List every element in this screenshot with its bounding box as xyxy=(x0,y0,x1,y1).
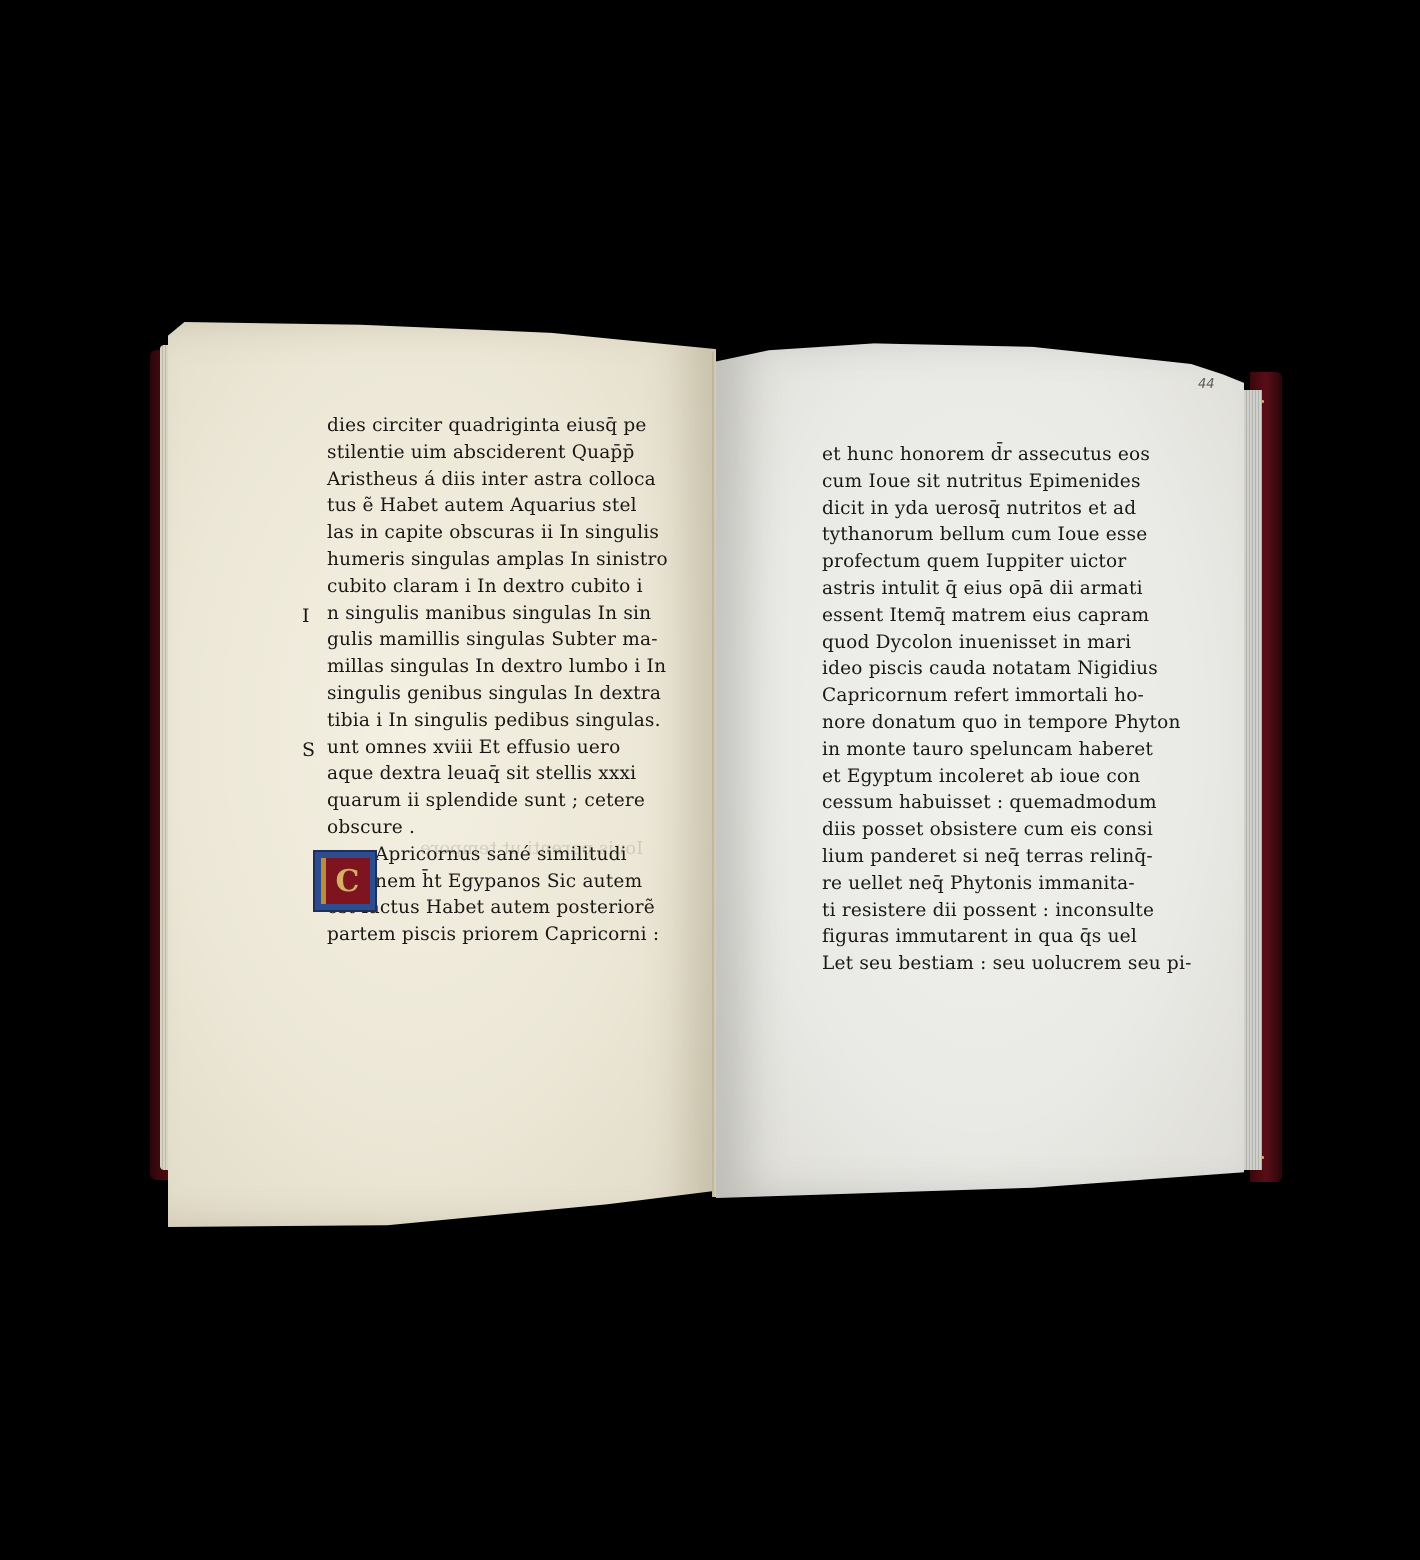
text-line: re uellet neq̄ Phytonis immanita- xyxy=(822,871,1192,898)
text-line: quarum ii splendide sunt ; cetere xyxy=(327,788,668,815)
margin-initial: S xyxy=(302,739,315,761)
text-line: n singulis manibus singulas In sin xyxy=(327,601,668,628)
text-line: stilentie uim absciderent Quap̄p̄ xyxy=(327,440,668,467)
folio-number: 44 xyxy=(1198,377,1215,392)
text-line: essent Itemq̄ matrem eius capram xyxy=(822,603,1192,630)
text-line: gulis mamillis singulas Subter ma- xyxy=(327,627,668,654)
text-line: unt omnes xviii Et effusio uero xyxy=(327,735,668,762)
text-line: ti resistere dii possent : inconsulte xyxy=(822,898,1192,925)
text-line: lium panderet si neq̄ terras relinq̄- xyxy=(822,844,1192,871)
margin-initial: I xyxy=(302,605,310,627)
illuminated-initial-letter: C xyxy=(321,858,370,904)
text-line: Let seu bestiam : seu uolucrem seu pi- xyxy=(822,951,1192,978)
text-line: et hunc honorem d̄r assecutus eos xyxy=(822,442,1192,469)
text-line: humeris singulas amplas In sinistro xyxy=(327,547,668,574)
book-gutter xyxy=(712,352,716,1197)
text-line: diis posset obsistere cum eis consi xyxy=(822,817,1192,844)
text-line: nore donatum quo in tempore Phyton xyxy=(822,710,1192,737)
text-line: cum Ioue sit nutritus Epimenides xyxy=(822,469,1192,496)
text-line: singulis genibus singulas In dextra xyxy=(327,681,668,708)
text-line: tythanorum bellum cum Ioue esse xyxy=(822,522,1192,549)
text-line: nem h̄t Egypanos Sic autem xyxy=(327,869,668,896)
text-line: dicit in yda uerosq̄ nutritos et ad xyxy=(822,496,1192,523)
text-line: las in capite obscuras ii In singulis xyxy=(327,520,668,547)
text-line: figuras immutarent in qua q̄s uel xyxy=(822,924,1192,951)
text-line: obscure . xyxy=(327,815,668,842)
text-line: Aristheus á diis inter astra colloca xyxy=(327,467,668,494)
text-line: in monte tauro speluncam haberet xyxy=(822,737,1192,764)
illuminated-initial: C xyxy=(313,850,377,912)
text-line: aque dextra leuaq̄ sit stellis xxxi xyxy=(327,761,668,788)
text-line: cubito claram i In dextro cubito i xyxy=(327,574,668,601)
text-line: millas singulas In dextro lumbo i In xyxy=(327,654,668,681)
text-line: Apricornus sané similitudi xyxy=(327,842,668,869)
text-line: ideo piscis cauda notatam Nigidius xyxy=(822,656,1192,683)
text-line: astris intulit q̄ eius opā dii armati xyxy=(822,576,1192,603)
left-page-text: dies circiter quadriginta eiusq̄ pe stil… xyxy=(327,413,668,949)
text-line: est factus Habet autem posteriorẽ xyxy=(327,895,668,922)
text-line: cessum habuisset : quemadmodum xyxy=(822,790,1192,817)
text-line: dies circiter quadriginta eiusq̄ pe xyxy=(327,413,668,440)
text-line: quod Dycolon inuenisset in mari xyxy=(822,630,1192,657)
text-line: tus ẽ Habet autem Aquarius stel xyxy=(327,493,668,520)
text-line: et Egyptum incoleret ab ioue con xyxy=(822,764,1192,791)
right-page-text: et hunc honorem d̄r assecutus eos cum Io… xyxy=(822,442,1192,978)
text-line: profectum quem Iuppiter uictor xyxy=(822,549,1192,576)
text-line: Capricornum refert immortali ho- xyxy=(822,683,1192,710)
text-line: partem piscis priorem Capricorni : xyxy=(327,922,668,949)
text-line: tibia i In singulis pedibus singulas. xyxy=(327,708,668,735)
